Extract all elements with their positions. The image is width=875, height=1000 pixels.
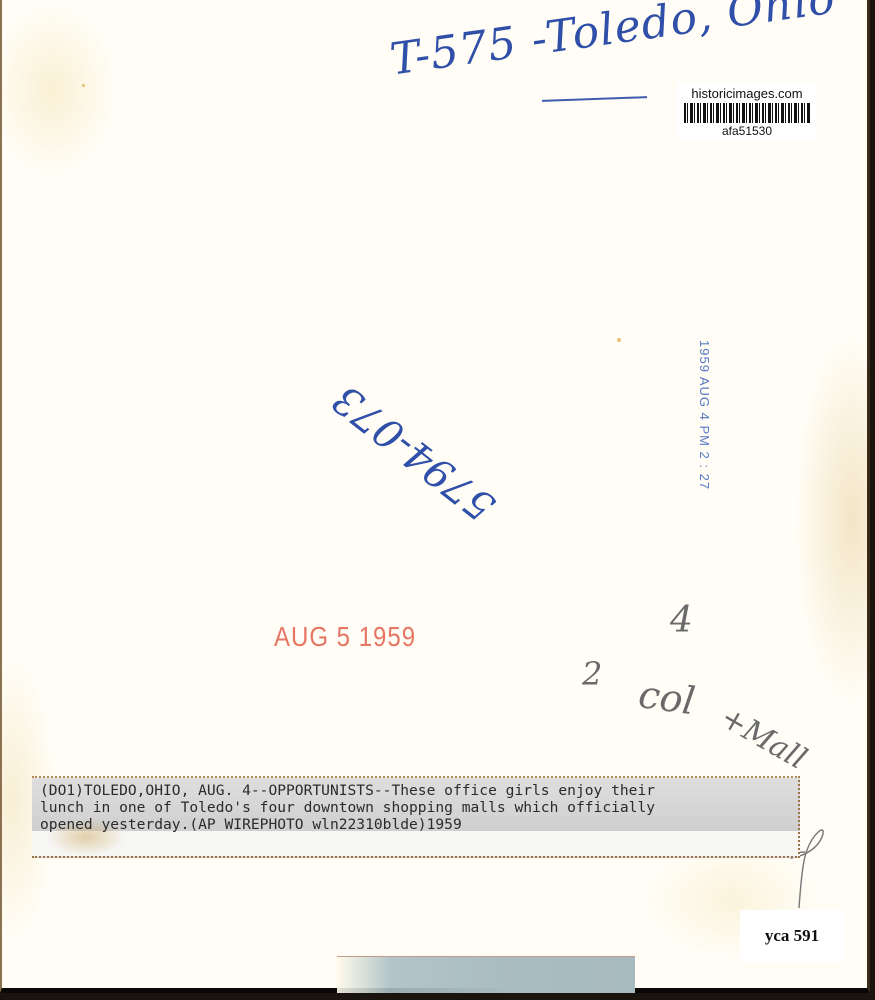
paper-spot	[617, 338, 621, 342]
handwritten-rotated-number: 5794-073	[326, 376, 504, 529]
caption-text: (DO1)TOLEDO,OHIO, AUG. 4--OPPORTUNISTS--…	[40, 782, 655, 833]
date-stamp: AUG 5 1959	[274, 622, 416, 654]
pencil-column-note: col	[636, 672, 698, 723]
inventory-label: yca 591	[740, 910, 844, 962]
paper-spot	[82, 84, 85, 87]
received-stamp: 1959 AUG 4 PM 2 : 27	[697, 340, 712, 490]
handwritten-underline	[542, 96, 647, 102]
pencil-number: 4	[670, 600, 693, 641]
caption-slip: (DO1)TOLEDO,OHIO, AUG. 4--OPPORTUNISTS--…	[32, 776, 800, 858]
tape-remnant	[337, 956, 635, 993]
archive-label: historicimages.com afa51530	[677, 82, 817, 140]
barcode-icon	[684, 103, 810, 123]
archive-site-name: historicimages.com	[677, 86, 817, 101]
pencil-mall-note: +Mall	[715, 700, 813, 777]
caption-line-1: (DO1)TOLEDO,OHIO, AUG. 4--OPPORTUNISTS--…	[40, 782, 655, 799]
caption-line-3: opened yesterday.(AP WIREPHOTO wln22310b…	[40, 816, 462, 833]
caption-line-2: lunch in one of Toledo's four downtown s…	[40, 799, 655, 816]
handwritten-header: T-575 -Toledo, Ohio	[387, 0, 839, 86]
pencil-column-count: 2	[582, 655, 602, 693]
photo-back-sheet: T-575 -Toledo, Ohio historicimages.com a…	[0, 0, 870, 993]
archive-item-code: afa51530	[677, 124, 817, 138]
